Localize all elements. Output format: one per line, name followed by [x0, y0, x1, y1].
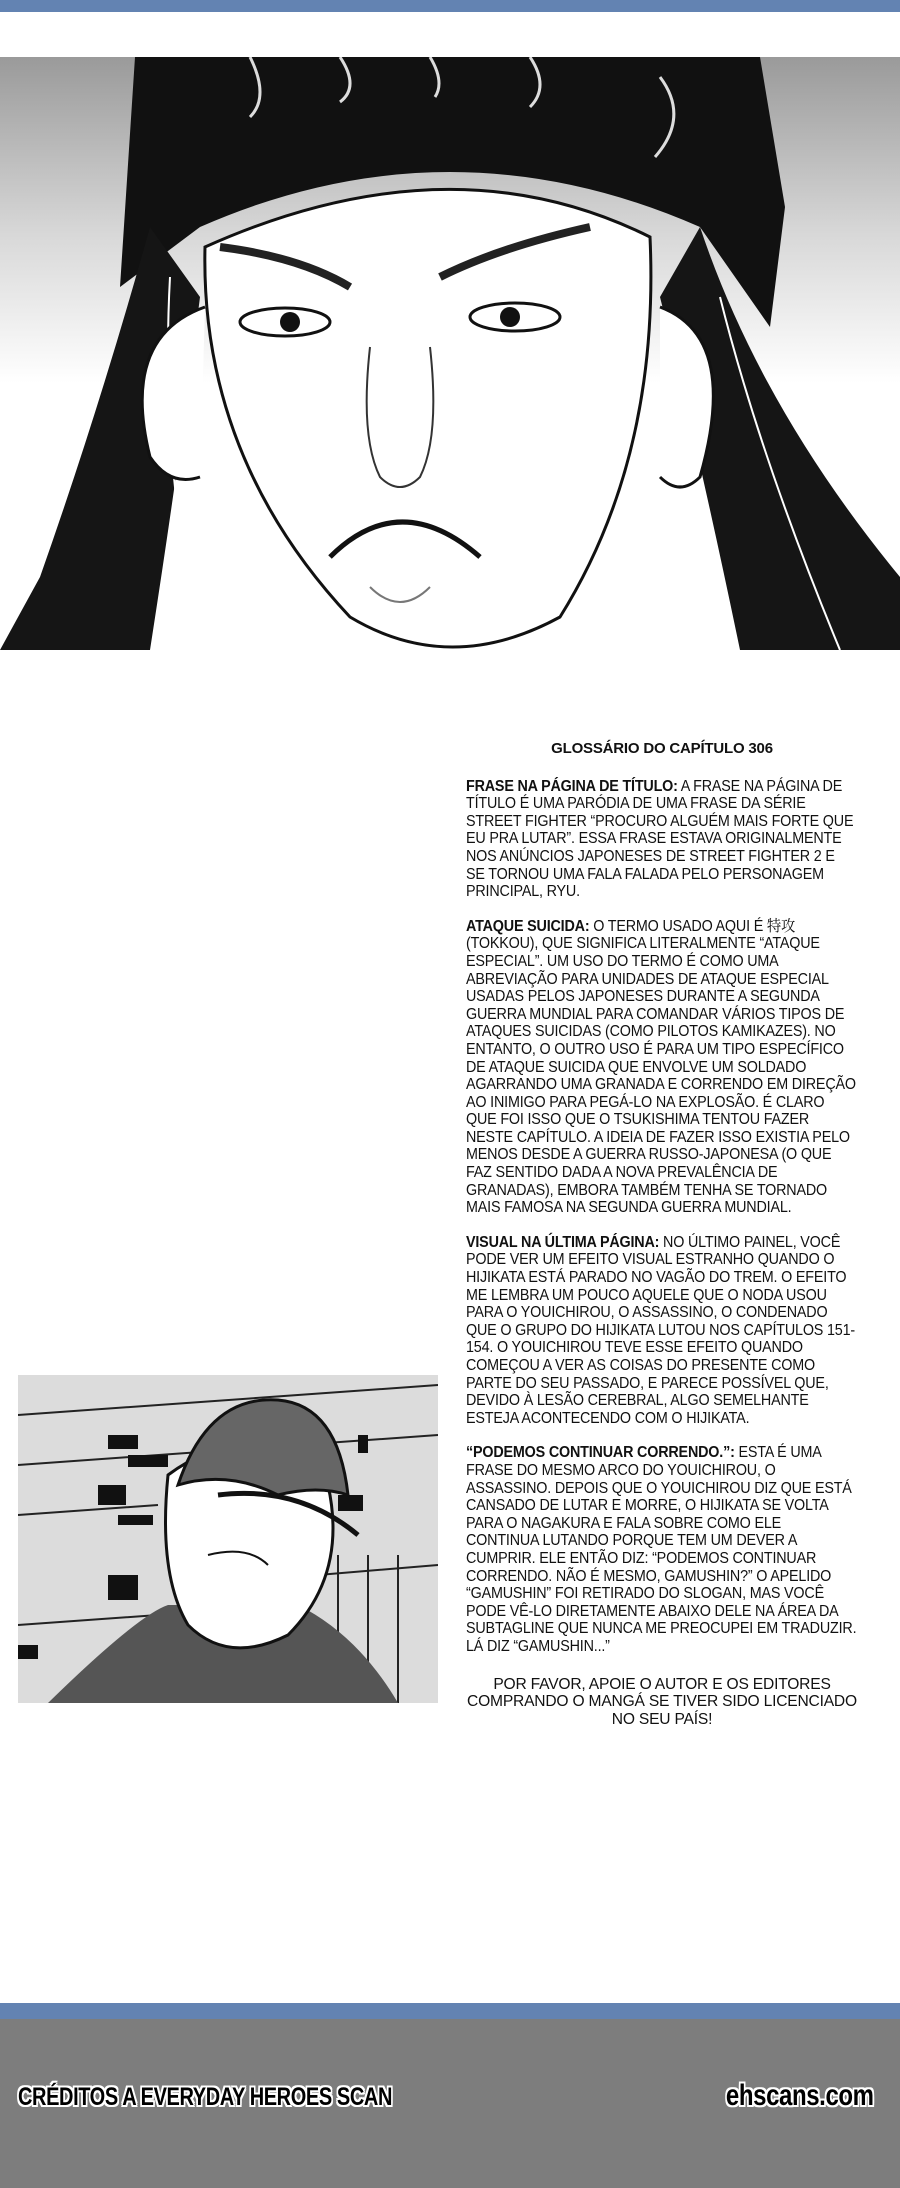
glossary-term: “PODEMOS CONTINUAR CORRENDO.”:	[466, 1444, 735, 1461]
glossary-text: ESTA É UMA FRASE DO MESMO ARCO DO YOUICH…	[466, 1444, 856, 1655]
manga-panel-image	[0, 57, 900, 650]
hero-manga-panel	[0, 57, 900, 650]
glossary-entry: FRASE NA PÁGINA DE TÍTULO: A FRASE NA PÁ…	[466, 778, 857, 901]
glossary-term: ATAQUE SUICIDA:	[466, 918, 589, 935]
footer-banner-bar	[0, 2003, 900, 2019]
inset-manga-panel	[18, 1375, 438, 1703]
glossary-entry: ATAQUE SUICIDA: O TERMO USADO AQUI É 特攻 …	[466, 918, 857, 1217]
site-link[interactable]: ehscans.com	[726, 2079, 874, 2113]
credits-text: CRÉDITOS A EVERYDAY HEROES SCAN	[18, 2083, 392, 2112]
glossary-text: NO ÚLTIMO PAINEL, VOCÊ PODE VER UM EFEIT…	[466, 1234, 855, 1427]
glossary-entry: VISUAL NA ÚLTIMA PÁGINA: NO ÚLTIMO PAINE…	[466, 1234, 857, 1428]
support-author-note: POR FAVOR, APOIE O AUTOR E OS EDITORES C…	[466, 1676, 858, 1729]
glossary-term: VISUAL NA ÚLTIMA PÁGINA:	[466, 1234, 659, 1251]
scanlation-footer: CRÉDITOS A EVERYDAY HEROES SCAN ehscans.…	[0, 2019, 900, 2188]
glossary-title: GLOSSÁRIO DO CAPÍTULO 306	[466, 740, 858, 758]
top-banner-bar	[0, 0, 900, 12]
manga-panel-image	[18, 1375, 438, 1703]
glossary-entry: “PODEMOS CONTINUAR CORRENDO.”: ESTA É UM…	[466, 1444, 857, 1655]
glossary-term: FRASE NA PÁGINA DE TÍTULO:	[466, 778, 678, 795]
glossary-text: O TERMO USADO AQUI É 特攻 (TOKKOU), QUE SI…	[466, 918, 856, 1217]
glossary-text: A FRASE NA PÁGINA DE TÍTULO É UMA PARÓDI…	[466, 778, 853, 901]
chapter-glossary: GLOSSÁRIO DO CAPÍTULO 306 FRASE NA PÁGIN…	[466, 740, 858, 1728]
